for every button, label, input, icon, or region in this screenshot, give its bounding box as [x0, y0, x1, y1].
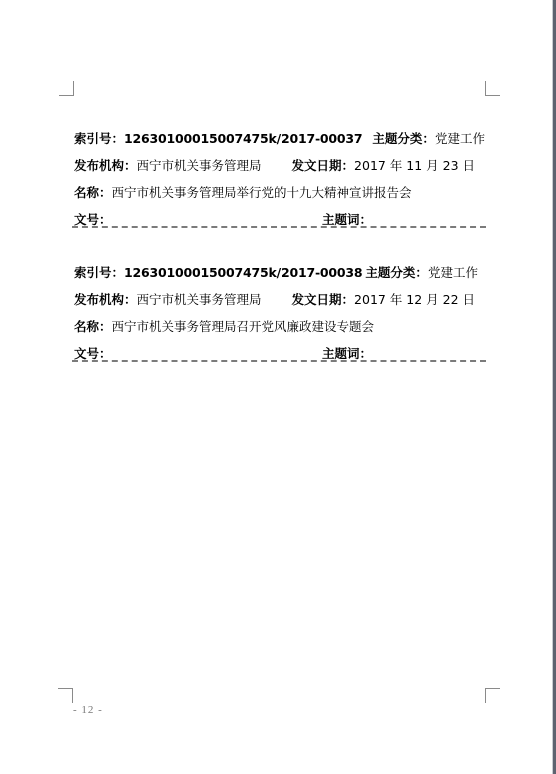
index-row: 索引号：12630100015007475k/2017-00037主题分类：党建…	[74, 130, 488, 157]
name-row: 名称：西宁市机关事务管理局举行党的十九大精神宣讲报告会	[74, 184, 488, 211]
date-value: 2017 年 11 月 23 日	[354, 158, 475, 173]
docno-keywords-row: 文号： 主题词：	[74, 211, 488, 231]
issuer-value: 西宁市机关事务管理局	[137, 158, 262, 173]
issuer-label: 发布机构：	[74, 292, 137, 307]
issuer-label: 发布机构：	[74, 158, 137, 173]
index-row: 索引号：12630100015007475k/2017-00038主题分类：党建…	[74, 264, 488, 291]
name-label: 名称：	[74, 185, 112, 200]
issuer-value: 西宁市机关事务管理局	[137, 292, 262, 307]
index-label: 索引号：	[74, 265, 124, 280]
keywords-label: 主题词：	[322, 346, 372, 361]
date-value: 2017 年 12 月 22 日	[354, 292, 475, 307]
crop-mark-bottom-right	[485, 688, 500, 703]
dashed-separator	[72, 226, 486, 228]
name-value: 西宁市机关事务管理局举行党的十九大精神宣讲报告会	[112, 185, 412, 200]
date-label: 发文日期：	[292, 158, 355, 173]
docno-keywords-row: 文号： 主题词：	[74, 345, 488, 365]
record-block-2: 索引号：12630100015007475k/2017-00038主题分类：党建…	[74, 264, 488, 365]
crop-mark-top-right	[485, 81, 500, 96]
record-block-1: 索引号：12630100015007475k/2017-00037主题分类：党建…	[74, 130, 488, 231]
category-value: 党建工作	[435, 131, 485, 146]
page-number: - 12 -	[73, 704, 103, 716]
doc-number-label: 文号：	[74, 212, 112, 227]
name-row: 名称：西宁市机关事务管理局召开党风廉政建设专题会	[74, 318, 488, 345]
category-value: 党建工作	[428, 265, 478, 280]
keywords-label: 主题词：	[322, 212, 372, 227]
index-label: 索引号：	[74, 131, 124, 146]
dashed-separator	[72, 360, 486, 362]
name-label: 名称：	[74, 319, 112, 334]
name-value: 西宁市机关事务管理局召开党风廉政建设专题会	[112, 319, 375, 334]
index-value: 12630100015007475k/2017-00038	[124, 265, 362, 280]
issuer-row: 发布机构：西宁市机关事务管理局发文日期：2017 年 12 月 22 日	[74, 291, 488, 318]
crop-mark-bottom-left	[58, 688, 73, 703]
crop-mark-top-left	[59, 81, 74, 96]
category-label: 主题分类：	[372, 131, 435, 146]
index-value: 12630100015007475k/2017-00037	[124, 131, 362, 146]
issuer-row: 发布机构：西宁市机关事务管理局发文日期：2017 年 11 月 23 日	[74, 157, 488, 184]
date-label: 发文日期：	[292, 292, 355, 307]
category-label: 主题分类：	[365, 265, 428, 280]
doc-number-label: 文号：	[74, 346, 112, 361]
